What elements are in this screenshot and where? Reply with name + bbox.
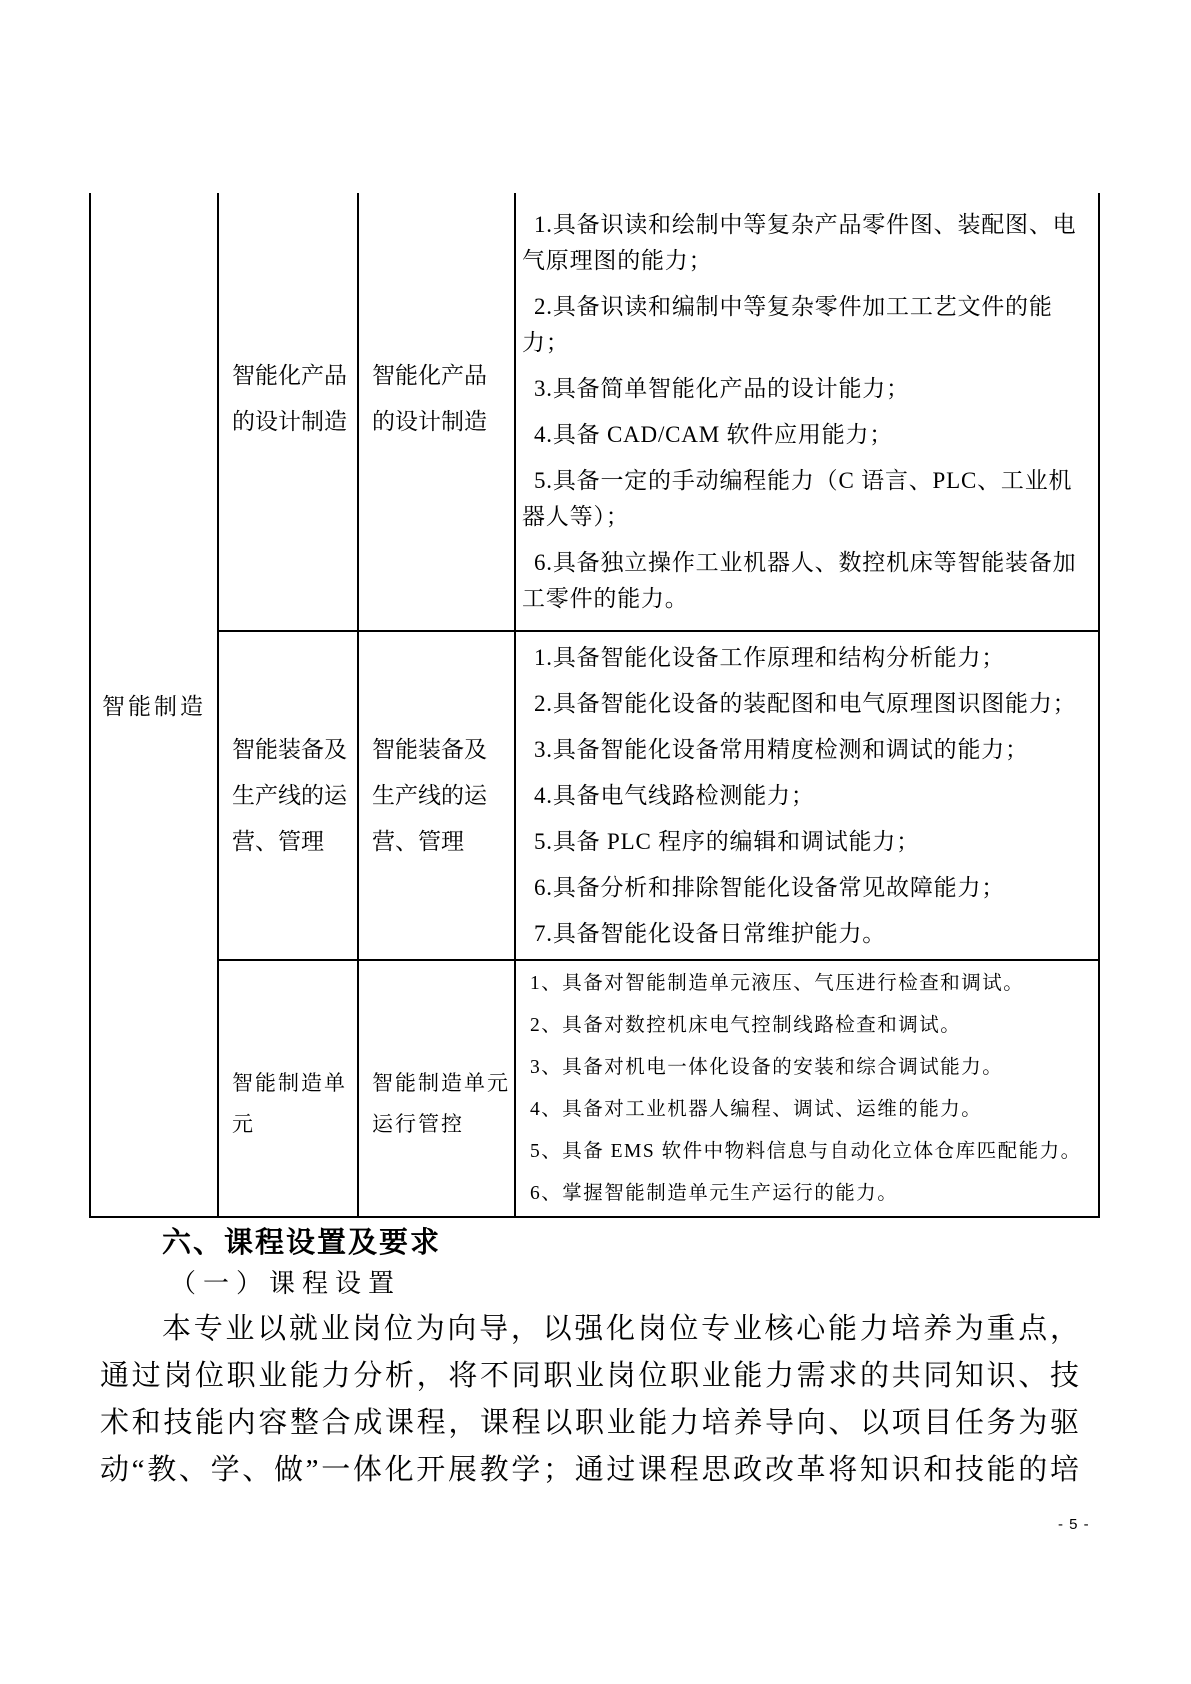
table-cell-abilities-row3: 1、具备对智能制造单元液压、气压进行检查和调试。2、具备对数控机床电气控制线路检… (516, 959, 1098, 1216)
page-number: - 5 - (1058, 1516, 1090, 1533)
table-cell-position-row2: 智能装备及生产线的运营、管理 (359, 630, 516, 959)
document-page: 智能制造 智能化产品的设计制造 智能化产品的设计制造 1.具备识读和绘制中等复杂… (0, 0, 1191, 1684)
ability-item: 6.具备独立操作工业机器人、数控机床等智能装备加工零件的能力。 (522, 545, 1088, 617)
table-cell-job-row2: 智能装备及生产线的运营、管理 (219, 630, 359, 959)
ability-item: 7.具备智能化设备日常维护能力。 (522, 917, 1088, 950)
body-paragraph: 本专业以就业岗位为向导，以强化岗位专业核心能力培养为重点，通过岗位职业能力分析，… (100, 1306, 1080, 1494)
domain-label: 智能制造 (102, 688, 206, 721)
ability-item: 2、具备对数控机床电气控制线路检查和调试。 (522, 1012, 1088, 1040)
job-label-line: 的设计制造 (232, 399, 357, 445)
ability-item: 3.具备简单智能化产品的设计能力； (522, 371, 1088, 407)
job-label-line: 智能装备及 (232, 727, 357, 773)
ability-item: 3.具备智能化设备常用精度检测和调试的能力； (522, 733, 1088, 766)
job-label-line: 元 (232, 1104, 357, 1145)
job-label-line: 营、管理 (232, 819, 357, 865)
ability-item: 4、具备对工业机器人编程、调试、运维的能力。 (522, 1096, 1088, 1124)
ability-item: 4.具备 CAD/CAM 软件应用能力； (522, 417, 1088, 453)
position-label-line: 智能化产品 (372, 353, 514, 399)
table-cell-job-row3: 智能制造单元 (219, 959, 359, 1216)
ability-item: 2.具备识读和编制中等复杂零件加工工艺文件的能力； (522, 289, 1088, 361)
ability-item: 4.具备电气线路检测能力； (522, 779, 1088, 812)
ability-item: 5.具备一定的手动编程能力（C 语言、PLC、工业机器人等）； (522, 463, 1088, 535)
job-ability-table: 智能制造 智能化产品的设计制造 智能化产品的设计制造 1.具备识读和绘制中等复杂… (89, 193, 1100, 1218)
job-label-line: 智能化产品 (232, 353, 357, 399)
ability-item: 1.具备识读和绘制中等复杂产品零件图、装配图、电气原理图的能力； (522, 207, 1088, 279)
ability-item: 5、具备 EMS 软件中物料信息与自动化立体仓库匹配能力。 (522, 1138, 1088, 1166)
table-cell-job-row1: 智能化产品的设计制造 (219, 193, 359, 630)
job-label-line: 智能制造单 (232, 1063, 357, 1104)
position-label-line: 的设计制造 (372, 399, 514, 445)
ability-item: 5.具备 PLC 程序的编辑和调试能力； (522, 825, 1088, 858)
table-cell-domain: 智能制造 (91, 193, 219, 1216)
ability-item: 3、具备对机电一体化设备的安装和综合调试能力。 (522, 1054, 1088, 1082)
subsection-heading: （一）课程设置 (170, 1263, 401, 1300)
table-cell-abilities-row1: 1.具备识读和绘制中等复杂产品零件图、装配图、电气原理图的能力；2.具备识读和编… (516, 193, 1098, 630)
position-label-line: 智能装备及 (372, 727, 514, 773)
position-label-line: 运行管控 (372, 1104, 514, 1145)
table-cell-position-row3: 智能制造单元运行管控 (359, 959, 516, 1216)
section-heading: 六、课程设置及要求 (162, 1220, 441, 1261)
paragraph-line: 术和技能内容整合成课程，课程以职业能力培养导向、以项目任务为驱 (100, 1400, 1080, 1447)
ability-item: 1.具备智能化设备工作原理和结构分析能力； (522, 641, 1088, 674)
ability-item: 6、掌握智能制造单元生产运行的能力。 (522, 1180, 1088, 1208)
ability-item: 1、具备对智能制造单元液压、气压进行检查和调试。 (522, 970, 1088, 998)
paragraph-line: 通过岗位职业能力分析，将不同职业岗位职业能力需求的共同知识、技 (100, 1353, 1080, 1400)
paragraph-line: 动“教、学、做”一体化开展教学；通过课程思政改革将知识和技能的培 (100, 1447, 1080, 1494)
paragraph-line: 本专业以就业岗位为向导，以强化岗位专业核心能力培养为重点， (100, 1306, 1080, 1353)
table-cell-abilities-row2: 1.具备智能化设备工作原理和结构分析能力；2.具备智能化设备的装配图和电气原理图… (516, 630, 1098, 959)
ability-item: 6.具备分析和排除智能化设备常见故障能力； (522, 871, 1088, 904)
position-label-line: 生产线的运 (372, 773, 514, 819)
job-label-line: 生产线的运 (232, 773, 357, 819)
position-label-line: 营、管理 (372, 819, 514, 865)
position-label-line: 智能制造单元 (372, 1063, 514, 1104)
ability-item: 2.具备智能化设备的装配图和电气原理图识图能力； (522, 687, 1088, 720)
table-cell-position-row1: 智能化产品的设计制造 (359, 193, 516, 630)
